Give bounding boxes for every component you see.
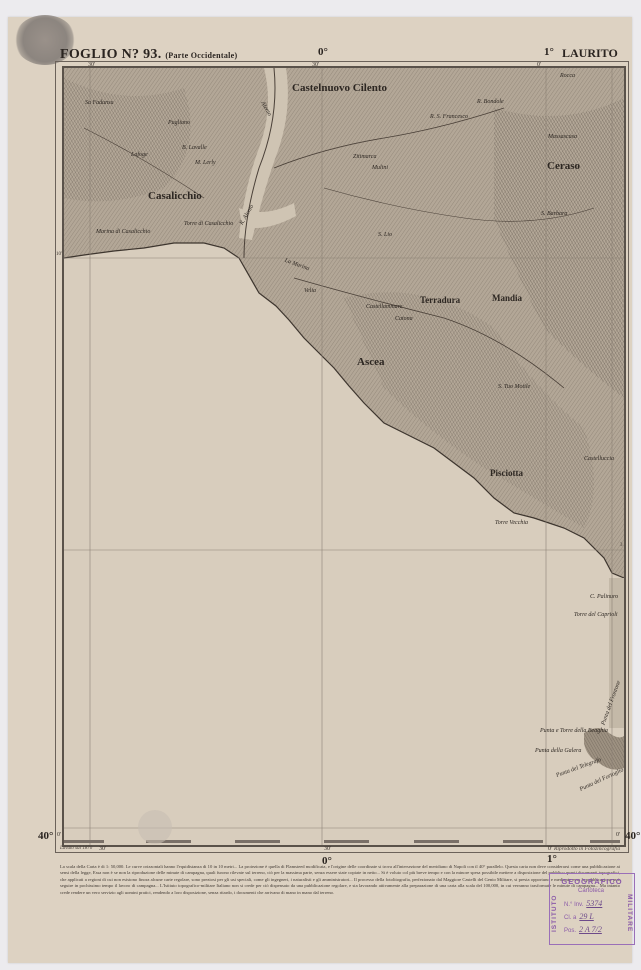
stamp-cl-value: 29 L	[579, 912, 593, 921]
engraver-note: Lavato sul 1870	[60, 846, 92, 851]
place-label: M. Lerly	[195, 160, 216, 166]
place-label: S. Lio	[378, 232, 392, 238]
place-label: Torre del Caprioli	[574, 612, 618, 618]
place-label: S. Barbara	[541, 211, 567, 217]
town-label: Mandia	[492, 293, 522, 303]
right-tick: 3	[620, 543, 623, 548]
place-label: Punta e Torre della Beaghia	[540, 728, 608, 734]
place-label: Pugliano	[168, 120, 190, 126]
bottom-tick: 0'	[548, 846, 552, 852]
scalebar-segment	[503, 840, 543, 843]
stamp-left: ISTITUTO	[551, 886, 561, 941]
place-label: Rocca	[560, 73, 575, 79]
stamp-right: MILITARE	[623, 886, 633, 941]
adjacent-sheet-name: LAURITO	[562, 46, 618, 61]
place-label: Zitimarca	[353, 154, 376, 160]
place-label: Punta della Galera	[535, 748, 581, 754]
top-tick: 30'	[312, 62, 319, 68]
stamp-inv: N.° Inv.5374	[564, 899, 602, 908]
town-label: Castelnuovo Cilento	[292, 82, 387, 94]
stamp-cartoteca: Cartoteca	[578, 888, 604, 894]
place-label: Castelluccia	[584, 456, 614, 462]
scalebar-segment	[324, 840, 369, 843]
place-label: Torre di Casalicchio	[184, 221, 233, 227]
place-label: Torre Vecchia	[495, 520, 528, 526]
stamp-inv-label: N.° Inv.	[564, 902, 583, 908]
stamp-cl: Cl. a29 L	[564, 912, 594, 921]
latitude-right: 40°	[625, 830, 640, 842]
stamp-pos-label: Pos.	[564, 928, 576, 934]
town-label: Ascea	[357, 356, 385, 368]
place-label: Mulini	[372, 165, 388, 171]
stamp-cl-label: Cl. a	[564, 915, 576, 921]
place-label: Marina di Casalicchio	[96, 229, 150, 235]
place-label: R. S. Francesco	[430, 114, 468, 120]
bottom-tick: 30'	[324, 846, 331, 852]
faint-stamp	[138, 810, 172, 844]
place-label: Lafoge	[131, 152, 148, 158]
institute-stamp: GEOGRAFICO ISTITUTO MILITARE Cartoteca N…	[549, 873, 635, 945]
meridian-0-top: 0°	[318, 46, 328, 58]
place-label: C. Palinuro	[590, 594, 618, 600]
map-notes: La scala della Carta è di 1: 50,000. Le …	[60, 864, 620, 896]
place-label: B. Lavalle	[182, 145, 207, 151]
scalebar-segment	[235, 840, 280, 843]
place-label: R. Bondole	[477, 99, 504, 105]
latitude-left: 40°	[38, 830, 53, 842]
sheet-subtitle: (Parte Occidentale)	[165, 51, 237, 60]
top-tick: 30'	[88, 62, 95, 68]
stamp-pos-value: 2 A 7/2	[579, 925, 602, 934]
town-label: Pisciotta	[490, 468, 523, 478]
reproduction-note: Riprodotto in Fotozincografia	[554, 846, 620, 852]
left-min-tick: 0'	[57, 832, 61, 838]
place-label: Catona	[395, 316, 413, 322]
scalebar-segment	[590, 840, 620, 843]
place-label: Sa Fadunsu	[85, 100, 114, 106]
town-label: Ceraso	[547, 160, 580, 172]
stamp-top: GEOGRAFICO	[560, 877, 624, 886]
place-label: Massascusa	[548, 134, 577, 140]
top-tick: 0'	[537, 62, 541, 68]
place-label: S. Tuo Motile	[498, 384, 530, 390]
right-min-tick: 0'	[616, 832, 620, 838]
meridian-1-top: 1°	[544, 46, 554, 58]
town-label: Terradura	[420, 295, 460, 305]
scalebar-segment	[414, 840, 459, 843]
sheet-number: FOGLIO N? 93.	[60, 47, 162, 62]
scalebar-segment	[64, 840, 104, 843]
place-label: Castellammare	[366, 304, 402, 310]
stamp-inv-value: 5374	[586, 899, 602, 908]
stamp-pos: Pos.2 A 7/2	[564, 925, 602, 934]
left-tick: 10'	[56, 252, 62, 257]
bottom-tick: 30'	[99, 846, 106, 852]
town-label: Casalicchio	[148, 190, 202, 202]
place-label: Velia	[304, 288, 316, 294]
